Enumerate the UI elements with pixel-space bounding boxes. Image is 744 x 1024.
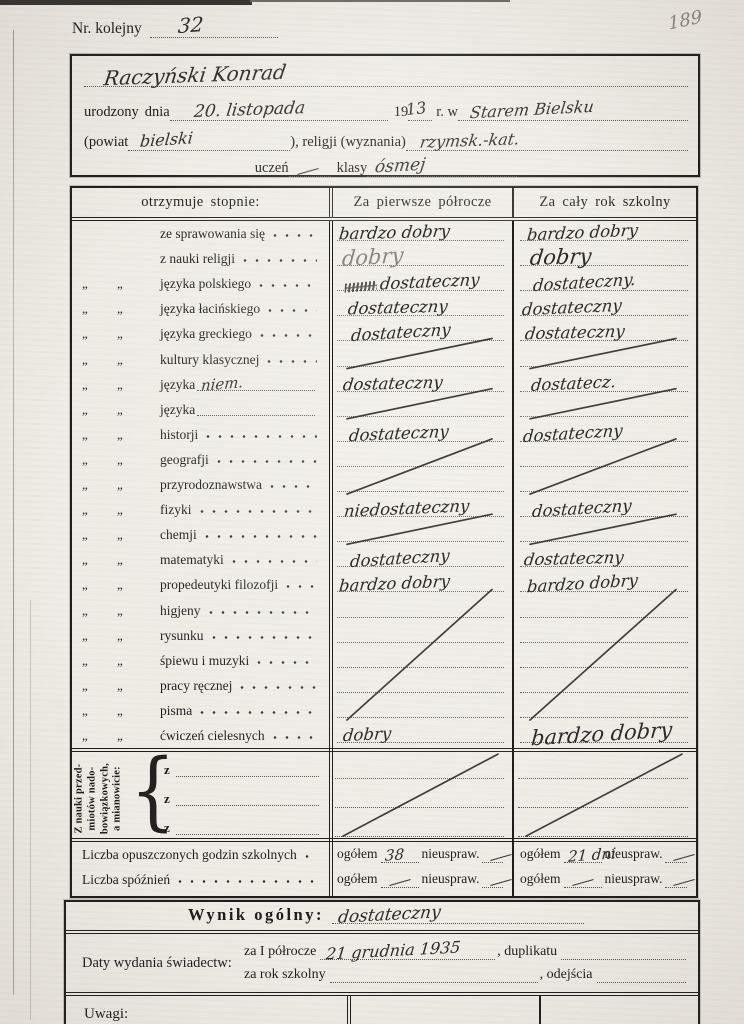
subject-cell: „ „historji — [72, 422, 329, 447]
write-on-line — [520, 416, 688, 417]
grade-full-year-cell: dostatecz. — [512, 372, 696, 397]
grade-first-semester-cell: bardzo dobry — [329, 221, 512, 246]
grade-full-year-cell — [512, 397, 696, 422]
birth-place-value: Starem Bielsku — [469, 97, 595, 123]
absence-year-cell: ogółem21 dninieuspraw. — [512, 842, 696, 867]
grade-row: „ „językaniem.dostatecznydostatecz. — [72, 372, 696, 397]
grade-row: „ „śpiewu i muzyki — [72, 648, 696, 673]
born-label: urodzony — [84, 104, 139, 126]
subject-label: historji — [160, 427, 198, 447]
write-on-line — [518, 836, 688, 837]
absence-row: Liczba spóźnieńogółemnieuspraw.ogółemnie… — [72, 867, 696, 892]
leader-dots — [240, 685, 317, 690]
absence-label-cell: Liczba opuszczonych godzin szkolnych — [72, 842, 329, 867]
grade-row: „ „higjeny — [72, 597, 696, 622]
grade-full-year-cell — [512, 346, 696, 371]
fill-line — [176, 776, 319, 777]
ditto-marks: „ „ — [82, 452, 160, 472]
handwritten-tick — [490, 849, 512, 861]
grade-full-year-cell: dostateczny — [512, 422, 696, 447]
subject-cell: „ „fizyki — [72, 497, 329, 522]
handwritten-value: 38 — [384, 845, 404, 864]
leader-dots — [212, 635, 318, 640]
leader-dots — [200, 509, 318, 514]
write-on-line — [337, 466, 504, 467]
write-on-line — [520, 541, 688, 542]
grade-full-year-cell — [512, 597, 696, 622]
grade-full-year-cell: dostateczny — [512, 296, 696, 321]
leader-dots — [209, 610, 318, 615]
subject-label: chemji — [160, 527, 197, 547]
binding-crease — [13, 30, 14, 995]
remarks-section: Uwagi: — [66, 996, 698, 1024]
handwritten-grade: dostateczny — [342, 372, 444, 394]
write-on-line — [518, 807, 688, 808]
subject-cell: „ „języka polskiego — [72, 271, 329, 296]
grade-first-semester-cell: dobry — [329, 723, 512, 748]
write-on-line — [337, 692, 504, 693]
fill-line — [176, 805, 319, 806]
powiat-value: bielski — [139, 128, 194, 151]
optional-label-line: miotów nado- — [86, 753, 99, 845]
grade-full-year-cell — [512, 623, 696, 648]
absence-sem1-cell: ogółem38nieuspraw. — [329, 842, 512, 867]
handwritten-tick — [490, 874, 512, 886]
column-divider — [539, 996, 541, 1024]
write-on-line — [335, 778, 504, 779]
summary-section: Wynik ogólny: dostateczny Daty wydania ś… — [64, 900, 700, 1024]
issue-dates-section: Daty wydania świadectw: za I półrocze 21… — [66, 934, 698, 996]
grade-first-semester-cell — [329, 346, 512, 371]
dnia-label: dnia — [145, 104, 170, 126]
leader-dots — [273, 233, 317, 238]
first-semester-date-row: za I półrocze 21 grudnia 1935 , duplikat… — [244, 939, 688, 963]
fill-line — [665, 849, 687, 863]
handwritten-grade: dobry — [529, 244, 593, 270]
grade-full-year-cell: dostateczny. — [512, 271, 696, 296]
write-on-line — [337, 642, 504, 643]
handwritten-grade: bardzo dobry — [526, 571, 638, 597]
absence-year-cell: ogółemnieuspraw. — [512, 867, 696, 892]
subject-fill-line: niem. — [197, 375, 315, 391]
unexcused-label: nieuspraw. — [422, 846, 480, 863]
grade-first-semester-cell: bardzo dobry — [329, 572, 512, 597]
leader-dots — [270, 484, 317, 489]
grade-first-semester-cell — [329, 698, 512, 723]
column-divider — [347, 996, 351, 1024]
z-label: z — [164, 820, 170, 839]
grade-first-semester-cell: dostateczny — [329, 547, 512, 572]
birth-place-line: Starem Bielsku — [458, 101, 688, 121]
subject-rows: ze sprawowania siębardzo dobrybardzo dob… — [72, 221, 696, 748]
grade-first-semester-cell — [329, 597, 512, 622]
pupil-class-row: uczeń klasy ósmej — [84, 156, 688, 182]
school-year-date-row: za rok szkolny , odejścia — [244, 963, 688, 987]
write-on-line — [520, 366, 688, 367]
fill-line — [381, 874, 419, 888]
subject-label: języka polskiego — [160, 276, 251, 296]
grade-full-year-cell — [512, 447, 696, 472]
total-label: ogółem — [520, 871, 561, 888]
leader-dots — [178, 879, 317, 884]
subject-label: fizyki — [160, 502, 192, 522]
handwritten-grade: dostateczny — [523, 548, 625, 570]
grade-full-year-cell: bardzo dobry — [512, 723, 696, 748]
name-line: Raczyński Konrad — [84, 67, 688, 87]
subject-cell: „ „przyrodoznawstwa — [72, 472, 329, 497]
subject-cell: „ „językaniem. — [72, 372, 329, 397]
school-year-label: za rok szkolny — [244, 967, 326, 986]
grade-row: „ „rysunku — [72, 623, 696, 648]
write-on-line — [337, 667, 504, 668]
grade-row: „ „historjidostatecznydostateczny — [72, 422, 696, 447]
overall-result-row: Wynik ogólny: dostateczny — [66, 902, 698, 934]
handwritten-grade: dostateczny — [344, 270, 480, 295]
grade-full-year-cell — [512, 522, 696, 547]
write-on-line — [520, 692, 688, 693]
grades-table: otrzymuje stopnie: Za pierwsze półrocze … — [70, 186, 698, 898]
subject-label: z nauki religji — [160, 251, 235, 271]
subject-label: higjeny — [160, 603, 201, 623]
ditto-marks: „ „ — [82, 427, 160, 447]
ditto-marks: „ „ — [82, 377, 160, 397]
class-line: ósmej — [367, 157, 517, 177]
grade-row: ze sprawowania siębardzo dobrybardzo dob… — [72, 221, 696, 246]
grade-full-year-cell — [512, 648, 696, 673]
write-on-line — [520, 491, 688, 492]
leader-dots — [200, 710, 317, 715]
religion-value: rzymsk.-kat. — [419, 129, 521, 152]
subject-cell: „ „języka — [72, 397, 329, 422]
subject-label: geografji — [160, 452, 209, 472]
grade-row: „ „języka polskiegodostatecznydostateczn… — [72, 271, 696, 296]
ditto-marks: „ „ — [82, 603, 160, 623]
leave-label: , odejścia — [540, 967, 593, 986]
absences-section: Liczba opuszczonych godzin szkolnychogół… — [72, 838, 696, 892]
subject-cell: „ „geografji — [72, 447, 329, 472]
fill-line — [665, 874, 687, 888]
absence-label: Liczba opuszczonych godzin szkolnych — [82, 847, 297, 867]
subject-label: śpiewu i muzyki — [160, 653, 249, 673]
ink-scribble — [345, 281, 377, 293]
grade-row: „ „kultury klasycznej — [72, 346, 696, 371]
leader-dots — [206, 434, 317, 439]
write-on-line — [520, 667, 688, 668]
subject-fill-line — [197, 400, 315, 416]
grade-row: „ „propedeutyki filozofjibardzo dobrybar… — [72, 572, 696, 597]
duplicate-label: , duplikatu — [497, 944, 557, 963]
grade-row: „ „chemji — [72, 522, 696, 547]
powiat-line: bielski — [128, 131, 290, 151]
subject-cell: „ „propedeutyki filozofji — [72, 572, 329, 597]
class-label: klasy — [337, 160, 368, 182]
subject-label: propedeutyki filozofji — [160, 577, 278, 597]
subject-cell: z nauki religji — [72, 246, 329, 271]
optional-subject-row: z — [164, 759, 319, 781]
optional-label-line: a mianowicie: — [112, 753, 125, 845]
serial-number-line: 32 — [150, 18, 278, 38]
write-on-line — [337, 491, 504, 492]
pupil-label: uczeń — [255, 160, 289, 182]
leader-dots — [268, 308, 317, 313]
subject-label: języka greckiego — [160, 326, 252, 346]
religion-label: ), religji (wyznania) — [290, 134, 406, 156]
column-header-full-year: Za cały rok szkolny — [512, 188, 696, 217]
unexcused-label: nieuspraw. — [605, 871, 663, 888]
subject-cell: „ „języka greckiego — [72, 321, 329, 346]
leader-dots — [259, 283, 317, 288]
ditto-marks: „ „ — [82, 678, 160, 698]
overall-result-value: dostateczny — [337, 902, 442, 928]
total-label: ogółem — [337, 846, 378, 863]
fill-line: 38 — [381, 849, 419, 863]
fill-line — [176, 834, 319, 835]
handwritten-grade: dostateczny. — [532, 270, 636, 295]
ditto-marks: „ „ — [82, 402, 160, 422]
subject-cell: „ „kultury klasycznej — [72, 346, 329, 371]
optional-subjects-label: Z nauki przed- miotów nado- bowiązkowych… — [73, 753, 124, 845]
grade-first-semester-cell: dostateczny — [329, 422, 512, 447]
absence-label-cell: Liczba spóźnień — [72, 867, 329, 892]
z-label: z — [164, 762, 170, 781]
issue-dates-lines: za I półrocze 21 grudnia 1935 , duplikat… — [244, 934, 698, 992]
birth-date-value: 20. listopada — [193, 98, 307, 122]
optional-label-line: Z nauki przed- — [73, 753, 86, 845]
first-semester-label: za I półrocze — [244, 944, 316, 963]
grades-table-body: ze sprawowania siębardzo dobrybardzo dob… — [72, 221, 696, 896]
district-religion-row: (powiat bielski ), religji (wyznania) rz… — [84, 126, 688, 156]
overall-result-line: dostateczny — [332, 908, 584, 924]
ditto-marks: „ „ — [82, 552, 160, 572]
column-divider — [329, 221, 333, 896]
issue-dates-label: Daty wydania świadectw: — [66, 934, 244, 992]
student-name-row: Raczyński Konrad — [84, 60, 688, 92]
grade-first-semester-cell — [329, 447, 512, 472]
grade-row: „ „przyrodoznawstwa — [72, 472, 696, 497]
grade-first-semester-cell: dostateczny — [329, 296, 512, 321]
unexcused-label: nieuspraw. — [422, 871, 480, 888]
subject-cell: „ „matematyki — [72, 547, 329, 572]
handwritten-grade: dobry — [341, 243, 404, 271]
first-semester-date-line: 21 grudnia 1935 — [320, 944, 495, 960]
total-label: ogółem — [337, 871, 378, 888]
absence-sem1-cell: ogółemnieuspraw. — [329, 867, 512, 892]
leader-dots — [273, 735, 317, 740]
fill-line — [564, 874, 602, 888]
scan-edge-artifact — [0, 0, 252, 5]
grade-first-semester-cell: dobry — [329, 246, 512, 271]
grade-full-year-cell: dostateczny — [512, 497, 696, 522]
subject-label: rysunku — [160, 628, 204, 648]
ditto-marks: „ „ — [82, 703, 160, 723]
leader-dots — [257, 660, 317, 665]
handwritten-grade: dostatecz. — [530, 372, 617, 395]
write-on-line — [520, 466, 688, 467]
overall-result-label: Wynik ogólny: — [188, 905, 324, 925]
ditto-marks: „ „ — [82, 326, 160, 346]
handwritten-grade: dostateczny — [349, 546, 450, 571]
birth-date-line: 20. listopada — [170, 101, 388, 121]
grade-full-year-cell — [512, 472, 696, 497]
grade-first-semester-cell — [329, 472, 512, 497]
subject-label: matematyki — [160, 552, 224, 572]
write-on-line — [337, 541, 504, 542]
subject-cell: ze sprawowania się — [72, 221, 329, 246]
grades-table-header: otrzymuje stopnie: Za pierwsze półrocze … — [72, 188, 696, 221]
write-on-line — [335, 807, 504, 808]
absence-label: Liczba spóźnień — [82, 872, 170, 892]
grade-first-semester-cell — [329, 648, 512, 673]
powiat-label: (powiat — [84, 134, 128, 156]
school-year-date-line — [330, 967, 538, 983]
report-card-page: Nr. kolejny 32 189 Raczyński Konrad urod… — [0, 0, 744, 1024]
page-number: 189 — [667, 6, 703, 34]
year-line: 13 — [408, 101, 432, 121]
leader-dots — [243, 258, 317, 263]
fill-line: 21 dni — [564, 849, 602, 863]
year-value: 13 — [405, 98, 427, 119]
leader-dots — [205, 534, 317, 539]
grade-first-semester-cell: dostateczny — [329, 321, 512, 346]
write-on-line — [335, 836, 504, 837]
handwritten-grade: dostateczny — [531, 496, 632, 521]
grade-first-semester-cell — [329, 397, 512, 422]
handwritten-tick — [572, 874, 594, 886]
grade-full-year-cell — [512, 673, 696, 698]
grade-full-year-cell: dostateczny — [512, 547, 696, 572]
grade-row: „ „fizykiniedostatecznydostateczny — [72, 497, 696, 522]
write-on-line — [518, 778, 688, 779]
ditto-marks: „ „ — [82, 276, 160, 296]
grade-row: „ „pracy ręcznej — [72, 673, 696, 698]
fill-line — [482, 849, 503, 863]
grade-first-semester-cell — [329, 673, 512, 698]
ditto-marks: „ „ — [82, 527, 160, 547]
ditto-marks: „ „ — [82, 477, 160, 497]
handwritten-grade: dostateczny — [347, 297, 449, 319]
handwritten-subject-name: niem. — [201, 373, 245, 395]
subject-label: kultury klasycznej — [160, 352, 259, 372]
grade-first-semester-cell: dostateczny — [329, 271, 512, 296]
subject-label: przyrodoznawstwa — [160, 477, 262, 497]
grade-row: „ „matematykidostatecznydostateczny — [72, 547, 696, 572]
subject-cell: „ „języka łacińskiego — [72, 296, 329, 321]
handwritten-grade: dostateczny — [350, 320, 451, 345]
subject-cell: „ „ćwiczeń cielesnych — [72, 723, 329, 748]
handwritten-grade: bardzo dobry — [338, 222, 451, 244]
grade-full-year-cell: dostateczny — [512, 321, 696, 346]
grade-row: „ „języka łacińskiegodostatecznydostatec… — [72, 296, 696, 321]
write-on-line — [337, 366, 504, 367]
write-on-line — [337, 416, 504, 417]
handwritten-tick — [297, 163, 319, 175]
student-name: Raczyński Konrad — [102, 60, 287, 90]
grade-row: „ „języka — [72, 397, 696, 422]
optional-subject-row: z — [164, 817, 319, 839]
remarks-label: Uwagi: — [84, 1006, 128, 1022]
z-label: z — [164, 791, 170, 810]
ditto-marks: „ „ — [82, 502, 160, 522]
write-on-line — [520, 617, 688, 618]
ditto-marks: „ „ — [82, 577, 160, 597]
absence-row: Liczba opuszczonych godzin szkolnychogół… — [72, 842, 696, 867]
total-label: ogółem — [520, 846, 561, 863]
year-suffix: r. w — [436, 104, 458, 126]
optional-subject-row: z — [164, 788, 319, 810]
serial-number-value: 32 — [177, 12, 204, 38]
duplicate-line — [561, 944, 686, 960]
optional-label-line: bowiązkowych, — [99, 753, 112, 845]
leader-dots — [260, 333, 317, 338]
subject-label: pisma — [160, 703, 192, 723]
ditto-marks: „ „ — [82, 301, 160, 321]
leave-line — [597, 967, 686, 983]
subject-cell: „ „pisma — [72, 698, 329, 723]
serial-number-row: Nr. kolejny 32 — [72, 18, 278, 43]
binding-crease — [30, 600, 31, 1020]
subject-label: ze sprawowania się — [160, 226, 265, 246]
handwritten-grade: dostateczny — [524, 322, 626, 344]
handwritten-tick — [389, 874, 411, 886]
fill-line — [482, 874, 503, 888]
leader-dots — [286, 584, 317, 589]
subject-cell: „ „chemji — [72, 522, 329, 547]
ditto-marks: „ „ — [82, 653, 160, 673]
religion-line: rzymsk.-kat. — [406, 131, 688, 151]
leader-dots — [267, 359, 317, 364]
handwritten-grade: bardzo dobry — [530, 718, 673, 751]
grade-first-semester-cell: niedostateczny — [329, 497, 512, 522]
grade-full-year-cell: bardzo dobry — [512, 572, 696, 597]
subject-label: języka — [160, 377, 195, 397]
grade-row: „ „geografji — [72, 447, 696, 472]
handwritten-tick — [673, 874, 695, 886]
optional-subjects-section: Z nauki przed- miotów nado- bowiązkowych… — [72, 748, 696, 838]
leader-dots — [305, 854, 317, 859]
grade-row: „ „języka greckiegodostatecznydostateczn… — [72, 321, 696, 346]
subject-cell: „ „higjeny — [72, 597, 329, 622]
handwritten-grade: dostateczny — [522, 421, 623, 446]
leader-dots — [217, 459, 317, 464]
handwritten-grade: niedostateczny — [343, 496, 470, 521]
grade-row: „ „pisma — [72, 698, 696, 723]
handwritten-tick — [673, 849, 695, 861]
grade-first-semester-cell: dostateczny — [329, 372, 512, 397]
leader-dots — [232, 559, 317, 564]
ditto-marks: „ „ — [82, 628, 160, 648]
grade-first-semester-cell — [329, 522, 512, 547]
birth-row: urodzony dnia 20. listopada 19 13 r. w S… — [84, 96, 688, 126]
grade-full-year-cell: dobry — [512, 246, 696, 271]
subject-label: języka — [160, 402, 195, 422]
class-value: ósmej — [374, 155, 427, 178]
student-info-box: Raczyński Konrad urodzony dnia 20. listo… — [70, 54, 700, 177]
write-on-line — [337, 617, 504, 618]
pupil-gender-line — [289, 157, 331, 177]
handwritten-value: 21 dni — [567, 844, 616, 865]
column-divider — [512, 221, 514, 896]
subject-cell: „ „rysunku — [72, 623, 329, 648]
subject-cell: „ „pracy ręcznej — [72, 673, 329, 698]
column-header-first-semester: Za pierwsze półrocze — [329, 188, 512, 217]
ditto-marks: „ „ — [82, 352, 160, 372]
grade-row: z nauki religjidobrydobry — [72, 246, 696, 271]
serial-number-label: Nr. kolejny — [72, 20, 142, 43]
scan-edge-artifact — [250, 0, 510, 2]
subject-label: pracy ręcznej — [160, 678, 232, 698]
first-semester-date-value: 21 grudnia 1935 — [325, 937, 461, 963]
write-on-line — [337, 717, 504, 718]
